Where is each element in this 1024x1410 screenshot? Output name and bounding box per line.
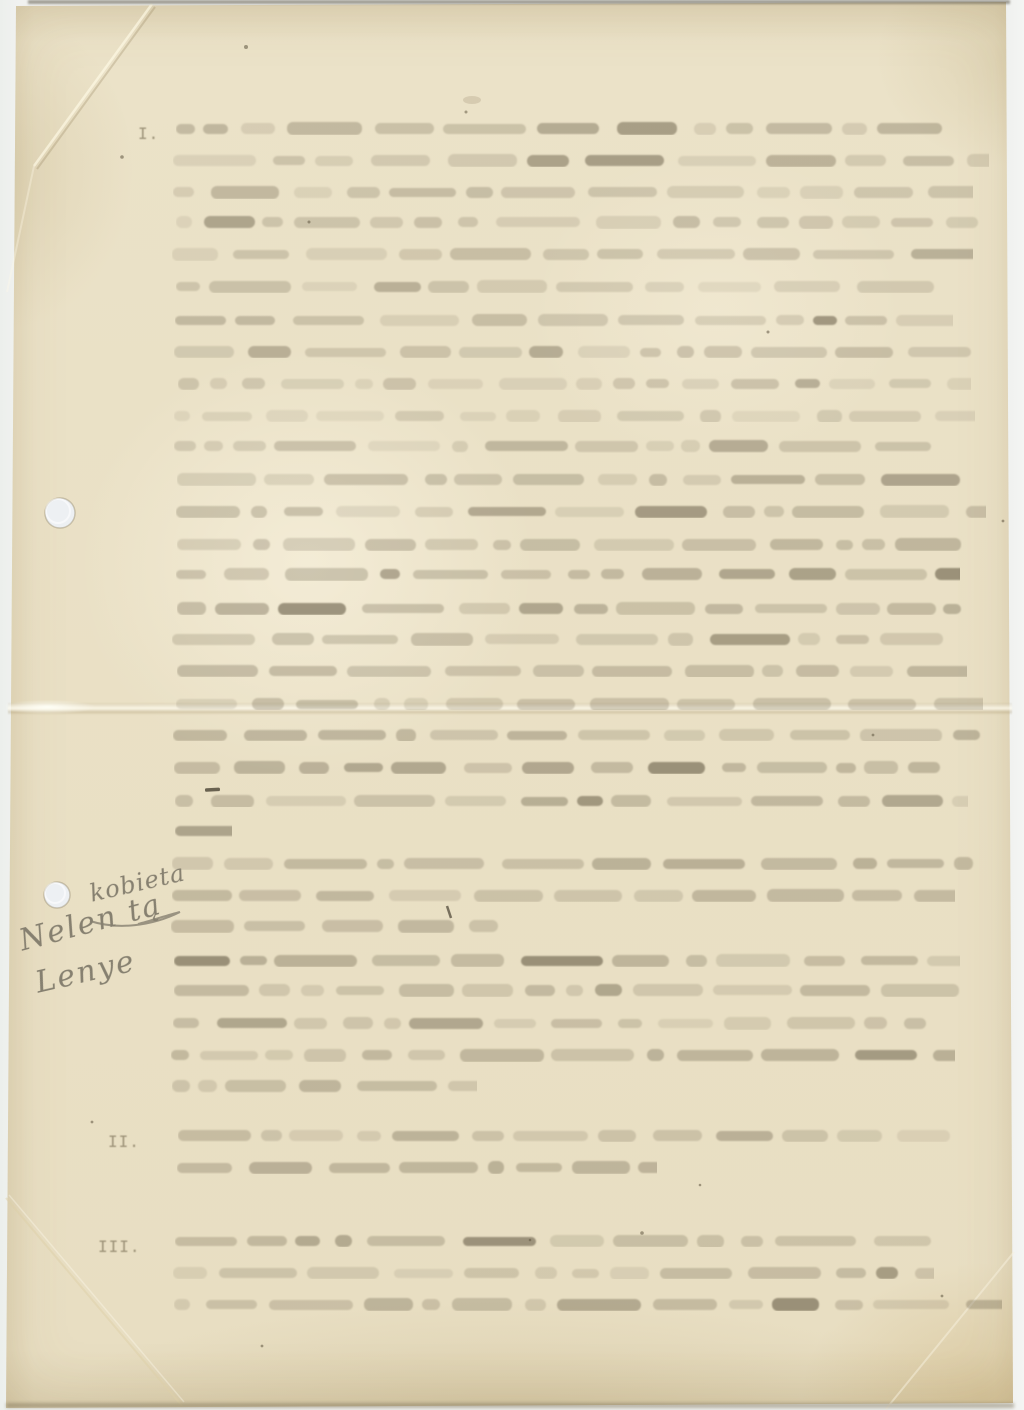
typed-word — [908, 347, 971, 357]
typed-word — [876, 1267, 898, 1279]
typed-word — [211, 186, 279, 199]
typed-word — [395, 411, 444, 421]
typed-word — [396, 729, 416, 742]
typed-word — [171, 920, 234, 933]
typed-word — [384, 1018, 401, 1029]
typed-word — [574, 604, 608, 614]
typed-word — [460, 412, 496, 421]
typed-word — [952, 796, 968, 807]
typed-word — [845, 316, 887, 325]
typed-word — [681, 440, 700, 452]
typed-word — [233, 250, 289, 259]
typed-word — [880, 633, 943, 645]
typed-word — [209, 281, 291, 293]
typed-word — [849, 411, 921, 422]
typed-word — [172, 890, 232, 901]
typed-word — [761, 1049, 839, 1061]
typed-word — [176, 699, 237, 709]
typed-line — [176, 695, 984, 710]
typed-word — [881, 984, 959, 997]
typed-word — [472, 314, 527, 326]
typed-word — [796, 665, 839, 677]
typed-word — [304, 1049, 346, 1062]
typed-word — [903, 156, 954, 166]
typed-word — [732, 411, 800, 422]
typed-word — [174, 1299, 190, 1310]
typed-word — [404, 698, 428, 711]
typed-line — [175, 312, 953, 327]
typed-word — [266, 796, 346, 806]
typed-word — [592, 666, 672, 677]
typed-word — [516, 1163, 562, 1172]
typed-word — [392, 1131, 459, 1141]
typed-word — [202, 412, 252, 421]
typed-word — [247, 1236, 287, 1246]
typed-word — [248, 346, 291, 358]
typed-line — [175, 1232, 945, 1247]
typed-line — [177, 662, 967, 677]
typed-line — [172, 246, 972, 261]
typed-word — [610, 1267, 649, 1280]
typed-word — [638, 1162, 657, 1173]
typed-word — [617, 411, 684, 421]
typed-word — [716, 954, 790, 967]
typed-word — [299, 762, 329, 774]
typed-word — [578, 346, 630, 358]
typed-line — [173, 184, 974, 199]
typed-word — [198, 1080, 217, 1092]
typed-word — [172, 248, 218, 261]
typed-word — [748, 1267, 821, 1279]
typed-word — [225, 1080, 286, 1092]
typed-word — [677, 1050, 753, 1061]
typed-word — [174, 441, 196, 451]
typed-line — [176, 566, 960, 581]
typed-word — [296, 700, 358, 709]
typed-word — [799, 216, 833, 229]
typed-line — [176, 120, 955, 135]
typed-word — [653, 1299, 717, 1310]
typed-word — [800, 985, 870, 996]
typed-word — [264, 474, 314, 485]
typed-word — [790, 730, 850, 740]
typed-line — [177, 600, 986, 615]
typed-word — [428, 379, 483, 389]
typed-word — [617, 122, 677, 135]
typed-word — [762, 665, 783, 677]
typed-word — [663, 859, 745, 869]
typed-word — [731, 475, 805, 484]
typed-line — [173, 152, 989, 167]
typed-word — [306, 248, 387, 260]
typed-word — [460, 1049, 544, 1062]
typed-word — [908, 762, 940, 773]
typed-word — [240, 956, 267, 965]
typed-word — [318, 730, 386, 740]
typed-line — [174, 407, 975, 422]
typed-word — [954, 857, 973, 870]
typed-word — [203, 124, 228, 134]
typed-word — [295, 1236, 320, 1246]
typed-word — [293, 316, 364, 325]
typed-word — [709, 440, 768, 452]
typed-word — [253, 539, 270, 550]
typed-word — [835, 1300, 863, 1310]
typed-word — [244, 921, 305, 931]
typed-word — [362, 604, 444, 613]
typed-word — [634, 890, 683, 902]
typed-word — [394, 1269, 453, 1278]
typed-word — [173, 730, 227, 741]
typed-line — [174, 952, 960, 967]
typed-word — [501, 570, 551, 579]
typed-word — [177, 665, 258, 677]
typed-word — [640, 348, 661, 357]
typed-word — [175, 316, 226, 325]
scan-edge-shadow-top — [28, 0, 1010, 4]
typed-word — [598, 1130, 636, 1142]
typed-word — [335, 1235, 352, 1247]
typed-word — [244, 730, 307, 741]
typed-word — [262, 217, 283, 227]
typed-line — [174, 343, 987, 358]
typed-word — [953, 730, 980, 740]
typed-word — [210, 378, 227, 389]
typed-word — [374, 698, 390, 710]
typed-word — [757, 762, 827, 773]
typed-word — [529, 346, 563, 358]
typed-word — [667, 797, 742, 806]
typed-word — [782, 1130, 828, 1142]
typed-word — [204, 441, 223, 451]
typed-word — [370, 217, 403, 228]
typed-word — [206, 1300, 257, 1309]
typed-word — [354, 795, 435, 807]
typed-word — [368, 441, 440, 451]
typed-word — [413, 570, 488, 579]
typed-line — [172, 1078, 477, 1093]
typed-word — [251, 506, 267, 518]
typed-word — [485, 634, 559, 644]
typed-word — [362, 1050, 392, 1060]
typed-word — [934, 698, 984, 710]
typed-word — [522, 762, 574, 774]
typed-word — [889, 379, 931, 388]
typed-word — [443, 124, 526, 134]
typed-word — [452, 441, 468, 452]
typed-word — [448, 154, 517, 167]
typed-word — [554, 890, 622, 902]
typed-word — [646, 441, 674, 451]
typed-word — [176, 282, 200, 291]
typed-word — [177, 602, 206, 615]
typed-word — [836, 635, 869, 644]
typed-word — [764, 506, 784, 517]
typed-word — [852, 890, 902, 901]
typed-word — [595, 984, 622, 996]
typed-word — [578, 730, 650, 740]
typed-word — [815, 474, 865, 485]
typed-word — [468, 507, 546, 516]
typed-word — [178, 378, 199, 390]
typed-word — [842, 216, 880, 228]
typed-line — [178, 375, 972, 390]
typed-word — [173, 1267, 207, 1279]
typed-word — [731, 379, 779, 389]
typed-word — [519, 603, 563, 614]
typed-word — [445, 666, 521, 676]
typed-word — [451, 954, 504, 967]
typed-word — [174, 762, 220, 774]
typed-word — [336, 986, 384, 995]
typed-word — [454, 474, 502, 485]
typed-word — [399, 1162, 478, 1173]
typed-word — [761, 858, 837, 870]
typed-word — [233, 441, 266, 451]
typed-word — [537, 123, 599, 134]
typed-word — [474, 890, 543, 902]
typed-word — [697, 1235, 724, 1248]
typed-word — [613, 378, 635, 389]
typed-word — [215, 603, 269, 615]
typed-word — [176, 124, 195, 134]
typed-word — [375, 123, 434, 134]
typed-word — [289, 1130, 343, 1141]
typed-word — [299, 1080, 341, 1092]
typed-word — [391, 762, 446, 774]
typed-word — [838, 796, 870, 807]
typed-word — [305, 348, 386, 357]
typed-word — [488, 1161, 504, 1174]
typed-line — [172, 887, 955, 902]
typed-word — [211, 795, 254, 808]
typed-word — [224, 858, 273, 870]
typed-word — [686, 955, 707, 967]
typed-word — [241, 123, 275, 134]
typed-word — [766, 123, 832, 134]
typed-word — [278, 603, 346, 615]
scan-edge-shadow-bottom — [6, 1403, 1014, 1408]
typed-word — [875, 442, 931, 451]
typed-word — [928, 186, 974, 198]
typed-word — [726, 123, 753, 134]
typed-word — [428, 281, 469, 293]
typed-word — [285, 568, 368, 581]
typed-word — [682, 379, 719, 389]
typed-word — [572, 1161, 630, 1174]
typed-word — [848, 699, 916, 710]
typed-word — [613, 1235, 688, 1247]
typed-word — [178, 1130, 251, 1141]
typed-word — [677, 346, 694, 358]
typed-word — [611, 795, 651, 807]
typed-word — [836, 540, 853, 550]
typed-word — [174, 956, 230, 966]
typed-word — [792, 506, 864, 518]
typed-word — [664, 730, 705, 741]
typed-word — [177, 1163, 232, 1173]
typed-word — [494, 1019, 536, 1028]
typed-word — [713, 985, 792, 995]
typed-word — [891, 218, 933, 227]
typed-word — [459, 603, 510, 614]
typed-word — [322, 920, 383, 932]
typed-line — [176, 278, 963, 293]
typed-word — [322, 635, 398, 644]
typed-word — [700, 410, 721, 423]
typed-word — [646, 379, 669, 388]
typed-word — [966, 506, 986, 518]
typed-word — [557, 1299, 641, 1311]
typed-word — [302, 282, 357, 291]
typed-word — [466, 187, 493, 198]
typed-word — [576, 378, 602, 390]
typed-word — [594, 539, 674, 551]
typed-word — [836, 763, 856, 773]
typed-word — [864, 761, 898, 774]
typed-word — [316, 891, 374, 901]
typed-word — [175, 826, 233, 836]
typed-word — [592, 858, 651, 870]
typed-word — [753, 698, 831, 710]
typed-word — [845, 569, 927, 580]
typed-word — [719, 729, 774, 741]
typed-word — [907, 666, 967, 677]
typed-word — [400, 346, 451, 358]
typed-word — [175, 1237, 237, 1246]
typed-word — [377, 859, 394, 869]
typed-word — [506, 410, 540, 422]
typed-word — [837, 1130, 882, 1142]
typed-word — [517, 699, 575, 710]
typed-word — [555, 507, 624, 517]
typed-word — [556, 282, 633, 292]
typed-word — [372, 955, 440, 966]
typed-line — [177, 471, 963, 486]
typed-word — [722, 763, 746, 772]
typed-word — [695, 316, 766, 325]
typed-word — [269, 666, 337, 676]
typed-word — [862, 539, 885, 550]
typed-word — [173, 1018, 199, 1028]
typed-word — [535, 1267, 557, 1279]
typed-word — [239, 890, 301, 901]
typed-word — [766, 155, 836, 167]
typed-word — [389, 188, 456, 197]
typed-line — [176, 214, 996, 229]
typed-word — [804, 956, 845, 966]
typed-word — [284, 859, 367, 869]
typed-word — [520, 539, 580, 551]
typed-word — [502, 859, 584, 869]
typed-word — [408, 1050, 445, 1060]
typed-word — [477, 280, 547, 293]
typed-word — [301, 985, 324, 996]
typed-word — [464, 763, 512, 773]
typed-word — [507, 731, 567, 740]
typed-word — [173, 155, 256, 166]
typed-word — [425, 539, 478, 550]
typed-word — [176, 506, 240, 518]
typed-word — [648, 762, 705, 774]
typed-word — [649, 474, 667, 486]
typed-word — [704, 346, 742, 358]
typed-word — [566, 985, 583, 996]
typed-word — [861, 956, 918, 965]
typed-word — [272, 633, 314, 645]
typed-word — [459, 347, 522, 358]
typed-word — [171, 1050, 189, 1060]
typed-word — [857, 281, 934, 293]
typed-line — [173, 1264, 935, 1279]
typed-word — [855, 1050, 917, 1060]
typed-word — [911, 249, 972, 259]
typed-word — [380, 569, 400, 579]
typed-word — [596, 216, 661, 229]
typed-line — [174, 438, 959, 453]
typed-word — [294, 1018, 327, 1029]
typed-word — [269, 1300, 353, 1310]
typed-word — [864, 1017, 887, 1029]
typed-word — [172, 634, 255, 645]
typed-word — [371, 155, 430, 166]
typed-word — [174, 346, 234, 358]
typed-word — [645, 282, 684, 292]
typed-word — [200, 1051, 258, 1060]
typed-word — [284, 507, 323, 516]
typed-word — [813, 316, 837, 325]
typed-line — [177, 1159, 657, 1174]
typed-word — [399, 984, 454, 997]
typed-word — [425, 474, 447, 485]
typed-word — [176, 216, 192, 228]
typed-word — [364, 1298, 413, 1311]
typed-word — [493, 540, 511, 550]
typed-word — [724, 1017, 771, 1030]
typed-word — [642, 568, 702, 580]
typed-word — [647, 1049, 664, 1061]
typed-line — [178, 1127, 954, 1142]
typed-word — [927, 956, 960, 966]
typed-word — [575, 441, 638, 452]
typed-word — [217, 1018, 287, 1028]
typed-word — [399, 249, 442, 260]
typed-word — [751, 796, 823, 806]
typed-word — [307, 1267, 379, 1279]
typed-word — [485, 441, 568, 451]
typed-word — [842, 123, 867, 135]
typed-word — [568, 570, 590, 579]
typed-word — [234, 761, 285, 774]
typed-word — [558, 410, 601, 423]
typed-word — [577, 796, 603, 806]
typed-word — [683, 475, 721, 485]
typed-word — [357, 1131, 381, 1141]
typed-word — [336, 506, 400, 517]
typed-word — [521, 797, 568, 806]
typed-word — [252, 698, 284, 710]
typed-word — [660, 1268, 732, 1279]
typed-word — [678, 156, 756, 166]
typed-word — [344, 763, 383, 772]
typed-word — [877, 123, 942, 134]
typed-line — [173, 1015, 956, 1030]
typed-word — [874, 1236, 931, 1246]
typed-word — [551, 1019, 602, 1028]
typed-word — [411, 633, 473, 646]
typed-word — [887, 859, 944, 868]
typed-word — [294, 187, 332, 198]
